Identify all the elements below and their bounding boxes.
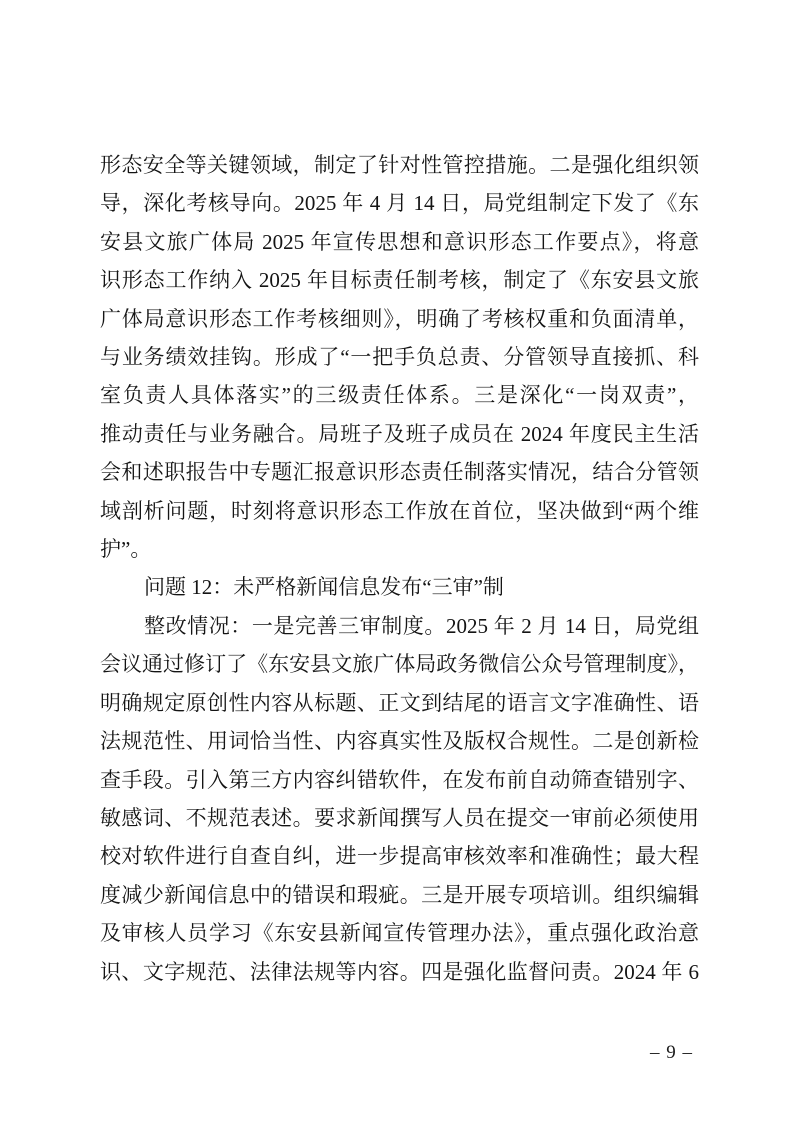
text-line: 安县文旅广体局 2025 年宣传思想和意识形态工作要点》，将意 <box>100 223 699 261</box>
text-line: 形态安全等关键领域，制定了针对性管控措施。二是强化组织领 <box>100 146 699 184</box>
text-line: 室负责人具体落实”的三级责任体系。三是深化“一岗双责”， <box>100 376 699 414</box>
text-line: 域剖析问题，时刻将意识形态工作放在首位，坚决做到“两个维 <box>100 492 699 530</box>
text-line: 整改情况：一是完善三审制度。2025 年 2 月 14 日，局党组 <box>100 607 699 645</box>
document-page: 形态安全等关键领域，制定了针对性管控措施。二是强化组织领导，深化考核导向。202… <box>0 0 793 1122</box>
text-line: 推动责任与业务融合。局班子及班子成员在 2024 年度民主生活 <box>100 415 699 453</box>
text-line: 护”。 <box>100 530 699 568</box>
text-line: 识形态工作纳入 2025 年目标责任制考核，制定了《东安县文旅 <box>100 261 699 299</box>
text-line: 会议通过修订了《东安县文旅广体局政务微信公众号管理制度》， <box>100 645 699 683</box>
text-line: 度减少新闻信息中的错误和瑕疵。三是开展专项培训。组织编辑 <box>100 876 699 914</box>
text-line: 法规范性、用词恰当性、内容真实性及版权合规性。二是创新检 <box>100 722 699 760</box>
text-line: 问题 12：未严格新闻信息发布“三审”制 <box>100 568 699 606</box>
text-line: 及审核人员学习《东安县新闻宣传管理办法》，重点强化政治意 <box>100 914 699 952</box>
page-footer: – 9 – <box>650 1040 693 1066</box>
text-line: 明确规定原创性内容从标题、正文到结尾的语言文字准确性、语 <box>100 684 699 722</box>
text-line: 敏感词、不规范表述。要求新闻撰写人员在提交一审前必须使用 <box>100 799 699 837</box>
page-number: – 9 – <box>650 1042 693 1063</box>
text-line: 导，深化考核导向。2025 年 4 月 14 日，局党组制定下发了《东 <box>100 184 699 222</box>
text-line: 与业务绩效挂钩。形成了“一把手负总责、分管领导直接抓、科 <box>100 338 699 376</box>
document-body: 形态安全等关键领域，制定了针对性管控措施。二是强化组织领导，深化考核导向。202… <box>100 146 699 991</box>
text-line: 查手段。引入第三方内容纠错软件，在发布前自动筛查错别字、 <box>100 761 699 799</box>
text-line: 广体局意识形态工作考核细则》，明确了考核权重和负面清单， <box>100 300 699 338</box>
text-line: 识、文字规范、法律法规等内容。四是强化监督问责。2024 年 6 <box>100 953 699 991</box>
text-line: 会和述职报告中专题汇报意识形态责任制落实情况，结合分管领 <box>100 453 699 491</box>
text-line: 校对软件进行自查自纠，进一步提高审核效率和准确性；最大程 <box>100 837 699 875</box>
